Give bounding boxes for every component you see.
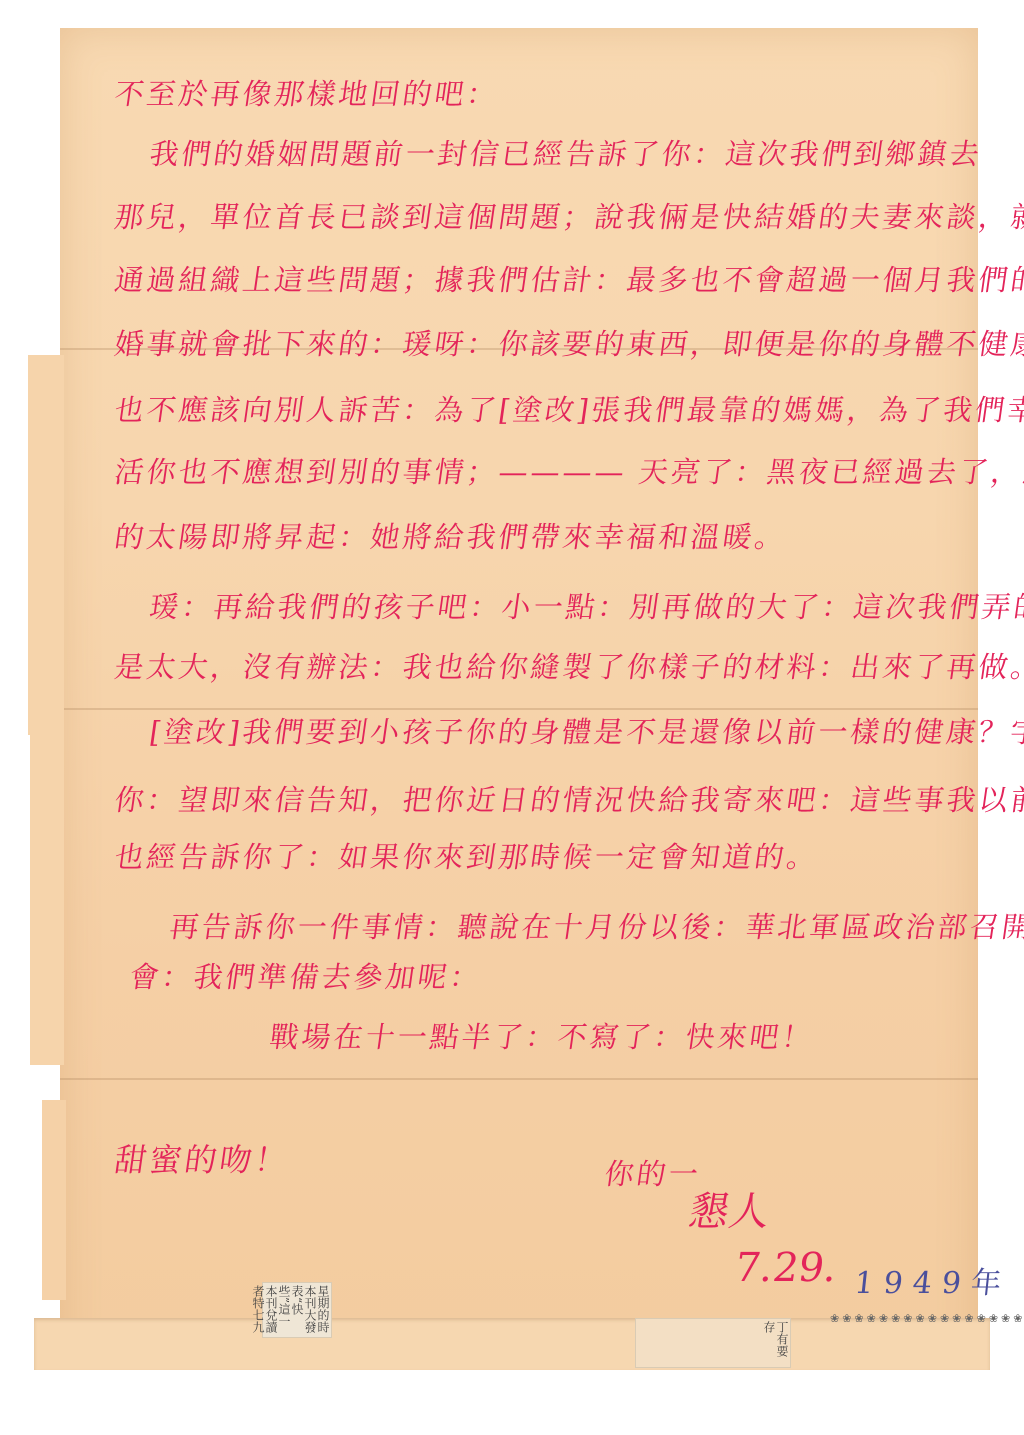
letter-line: [塗改]我們要到小孩子你的身體是不是還像以前一樣的健康？字更為 — [147, 710, 1024, 751]
torn-edge — [30, 735, 64, 1065]
letter-line: 我們的婚姻問題前一封信已經告訴了你：這次我們到鄉鎮去 — [147, 132, 985, 173]
torn-edge — [28, 355, 64, 735]
pasted-paper-strip — [34, 1318, 990, 1370]
newspaper-clipping: 星期的時本刊大發表“快些”這一本刊兌讀者特七九 — [262, 1282, 332, 1338]
letter-line: 會：我們準備去參加呢： — [127, 955, 485, 996]
sign-off: 你的一 — [602, 1152, 704, 1193]
letter-line: 的太陽即將昇起：她將給我們帶來幸福和溫暖。 — [112, 515, 790, 556]
letter-line: 也不應該向別人訴苦：為了[塗改]張我們最靠的媽媽，為了我們幸福的生 — [112, 388, 1024, 429]
ornamental-border: ❀❀❀❀❀❀❀❀❀❀❀❀❀❀❀❀❀❀❀❀ — [830, 1312, 1024, 1325]
date-year: 1949年 — [853, 1258, 1014, 1302]
letter-line: 婚事就會批下來的：瑗呀：你該要的東西，即便是你的身體不健康 — [112, 322, 1024, 363]
date-month-day: 7.29. — [732, 1245, 840, 1291]
closing: 甜蜜的吻！ — [112, 1135, 293, 1181]
newspaper-clipping: 丁有要存 — [635, 1318, 791, 1368]
torn-edge — [42, 1100, 66, 1300]
salutation: 不至於再像那樣地回的吧： — [112, 72, 502, 113]
letter-line: 也經告訴你了：如果你來到那時候一定會知道的。 — [112, 835, 822, 876]
signature: 懇人 — [685, 1180, 775, 1237]
letter-line: 戰場在十一點半了：不寫了：快來吧！ — [267, 1015, 817, 1056]
letter-line: 活你也不應想到別的事情；———— 天亮了：黑夜已經過去了，紅光 — [112, 450, 1024, 491]
fold-crease — [60, 1078, 978, 1080]
letter-line: 你：望即來信告知，把你近日的情況快給我寄來吧：這些事我以前 — [112, 778, 1024, 819]
letter-line: 通過組織上這些問題；據我們估計：最多也不會超過一個月我們的 — [112, 258, 1024, 299]
letter-line: 那兒，單位首長已談到這個問題；說我倆是快結婚的夫妻來談，就要 — [112, 195, 1024, 236]
letter-line: 是太大，沒有辦法：我也給你縫製了你樣子的材料：出來了再做。 — [112, 645, 1024, 686]
letter-line: 瑗：再給我們的孩子吧：小一點：別再做的大了：這次我們弄的樣子又 — [147, 585, 1024, 626]
letter-line: 再告訴你一件事情：聽說在十月份以後：華北軍區政治部召開文藝大 — [167, 905, 1024, 946]
